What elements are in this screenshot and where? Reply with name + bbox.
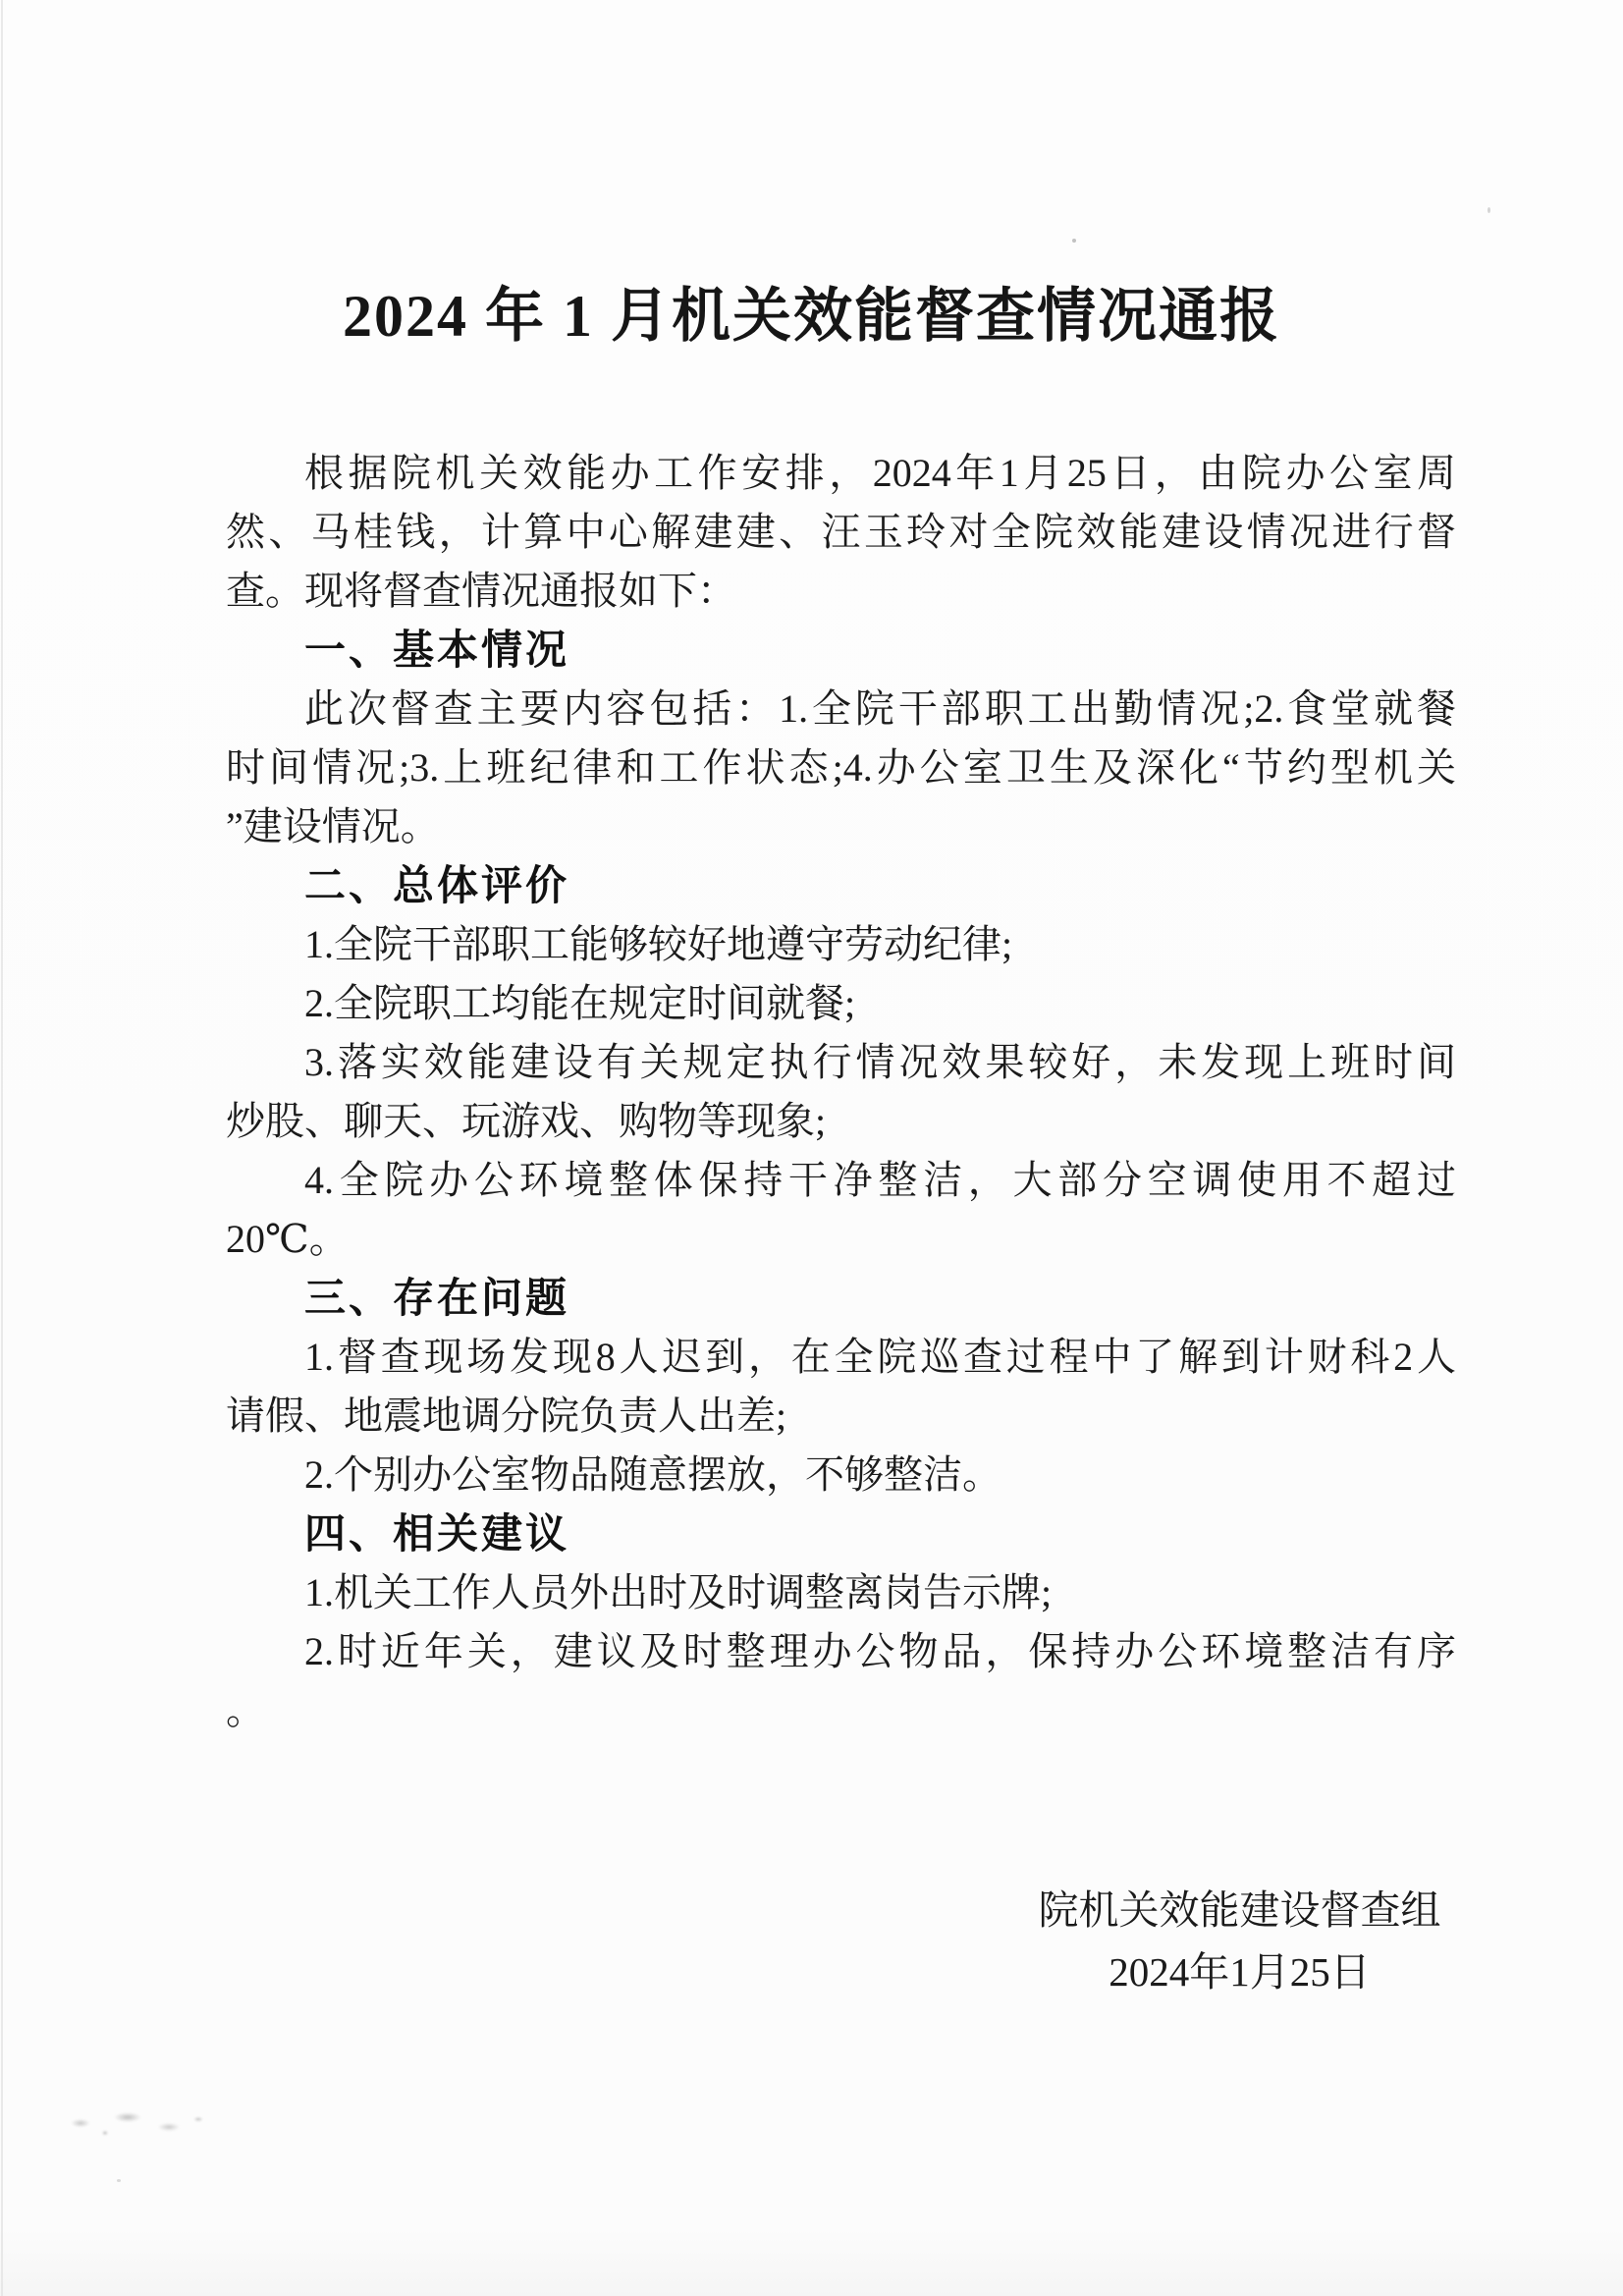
text-line: 查。现将督查情况通报如下：: [226, 562, 1456, 621]
text-line: ”建设情况。: [226, 797, 1456, 856]
text-line: 1.全院干部职工能够较好地遵守劳动纪律;: [226, 915, 1456, 974]
text-line: 20℃。: [226, 1210, 1456, 1269]
section-heading: 一、基本情况: [226, 621, 1456, 680]
scan-speck-artifact: [117, 2179, 121, 2182]
signature-organization: 院机关效能建设督查组: [1021, 1880, 1458, 1941]
scanned-document-page: 2024 年 1 月机关效能督查情况通报 根据院机关效能办工作安排，2024年1…: [0, 0, 1623, 2296]
text-line: 1.督查现场发现8人迟到，在全院巡查过程中了解到计财科2人: [226, 1328, 1456, 1387]
text-line: 。: [226, 1681, 1456, 1740]
document-title: 2024 年 1 月机关效能督查情况通报: [0, 283, 1623, 350]
text-line: 时间情况;3.上班纪律和工作状态;4.办公室卫生及深化“节约型机关: [226, 738, 1456, 797]
text-line: 然、马桂钱，计算中心解建建、汪玉玲对全院效能建设情况进行督: [226, 503, 1456, 562]
signature-block: 院机关效能建设督查组 2024年1月25日: [1021, 1880, 1458, 2003]
document-body: 根据院机关效能办工作安排，2024年1月25日，由院办公室周然、马桂钱，计算中心…: [226, 444, 1456, 1740]
scan-speck-artifact: [1488, 207, 1490, 213]
scan-edge-artifact: [1, 0, 3, 2296]
text-line: 请假、地震地调分院负责人出差;: [226, 1387, 1456, 1446]
text-line: 2.时近年关，建议及时整理办公物品，保持办公环境整洁有序: [226, 1622, 1456, 1681]
section-heading: 三、存在问题: [226, 1269, 1456, 1328]
text-line: 1.机关工作人员外出时及时调整离岗告示牌;: [226, 1563, 1456, 1622]
scan-smudge-artifact: [51, 2100, 218, 2147]
section-heading: 二、总体评价: [226, 856, 1456, 915]
signature-date: 2024年1月25日: [1021, 1941, 1458, 2003]
section-heading: 四、相关建议: [226, 1504, 1456, 1563]
text-line: 3.落实效能建设有关规定执行情况效果较好，未发现上班时间: [226, 1033, 1456, 1092]
text-line: 2.全院职工均能在规定时间就餐;: [226, 974, 1456, 1033]
text-line: 此次督查主要内容包括：1.全院干部职工出勤情况;2.食堂就餐: [226, 680, 1456, 738]
text-line: 4.全院办公环境整体保持干净整洁，大部分空调使用不超过: [226, 1151, 1456, 1210]
text-line: 2.个别办公室物品随意摆放，不够整洁。: [226, 1446, 1456, 1504]
text-line: 炒股、聊天、玩游戏、购物等现象;: [226, 1092, 1456, 1151]
scan-speck-artifact: [1072, 239, 1076, 243]
text-line: 根据院机关效能办工作安排，2024年1月25日，由院办公室周: [226, 444, 1456, 503]
